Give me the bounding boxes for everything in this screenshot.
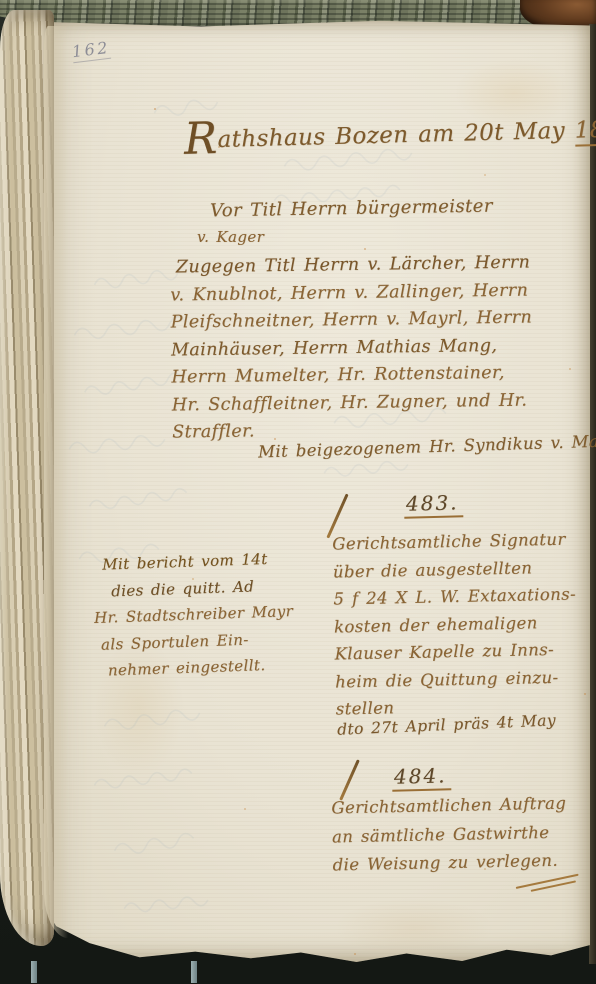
attendance-line: Herrn Mumelter, Hr. Rottenstainer, [171,359,533,392]
heading-initial: R [183,113,218,165]
entry-body-line: die Weisung zu verlegen. [332,847,567,880]
intro-line-mayor-name: v. Kager [197,228,264,246]
attendance-line: Hr. Schaffleitner, Hr. Zugner, und Hr. [172,387,534,420]
entry-number-483: 483. [404,490,463,519]
manuscript-photo: 162 Rathshaus Bozen am 20t May 1802 Vor … [0,0,596,984]
foxing-specks [154,108,156,110]
heading-year: 1802 [574,116,596,147]
entry-body-line: Klauser Kapelle zu Inns- [334,635,577,668]
attendance-line: Zugegen Titl Herrn v. Lärcher, Herrn [170,249,532,282]
entry-484-body: Gerichtsamtlichen Auftrag an sämtliche G… [331,790,568,880]
entry-body-line: 5 f 24 X L. W. Extaxations- [333,580,576,613]
fore-edge-strip [589,24,596,964]
entry-number-484: 484. [392,763,451,792]
entry-body-line: heim die Quittung einzu- [335,663,578,696]
page-edge-fold [44,26,68,938]
attendance-paragraph: Zugegen Titl Herrn v. Lärcher, Herrn v. … [170,249,534,447]
book-cradle-mark [191,961,197,983]
attendance-line: Pleifschneitner, Herrn v. Mayrl, Herrn [170,304,532,337]
margin-note-483: Mit bericht vom 14t dies die quitt. Ad H… [92,544,324,684]
entry-body-line: Gerichtsamtlichen Auftrag [331,790,566,823]
entry-483-body: Gerichtsamtliche Signatur über die ausge… [332,525,579,723]
entry-body-line: Gerichtsamtliche Signatur [332,525,575,558]
paper-stain [334,898,494,958]
book-cradle-mark [31,961,37,983]
